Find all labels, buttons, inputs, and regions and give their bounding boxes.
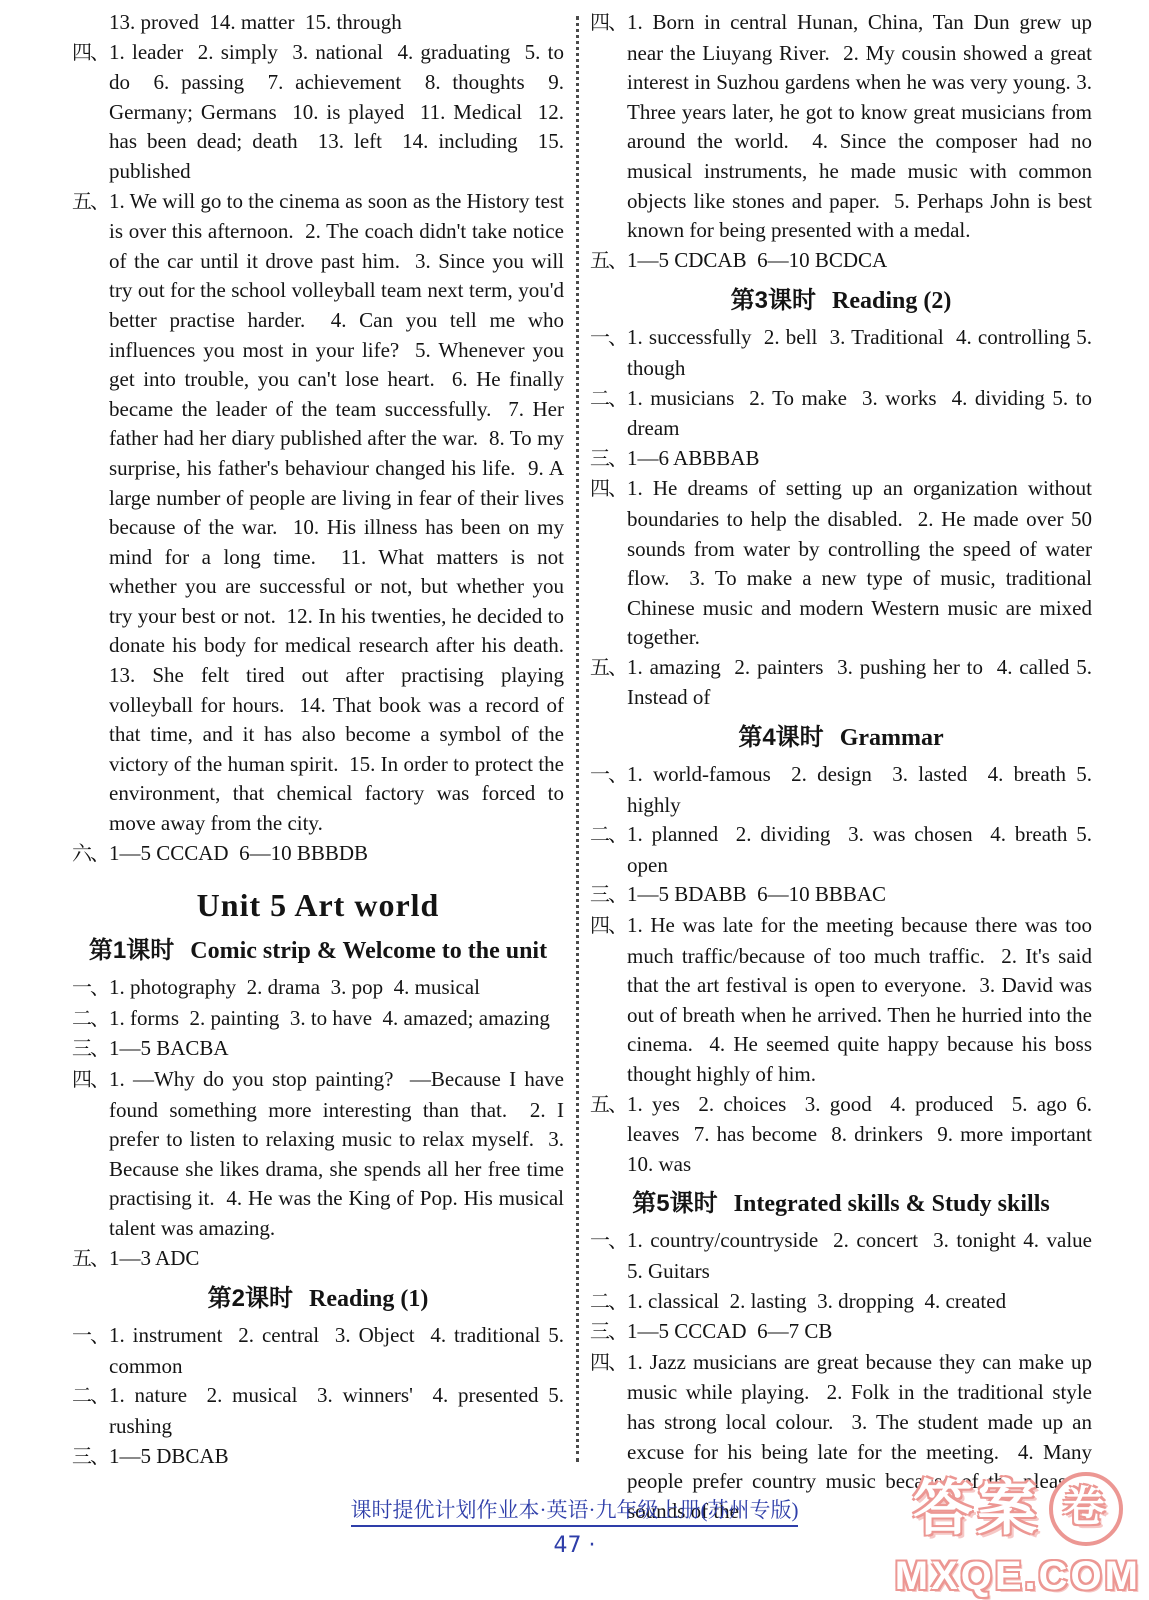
- lesson-number: 第5课时: [632, 1190, 717, 1217]
- right-column: 四、1. Born in central Hunan, China, Tan D…: [590, 8, 1092, 1526]
- answer-entry: 二、1. nature 2. musical 3. winners' 4. pr…: [72, 1381, 564, 1441]
- entry-text: 1—5 CDCAB 6—10 BCDCA: [627, 248, 887, 272]
- answer-entry: 五、1—3 ADC: [72, 1244, 564, 1275]
- entry-text: 1. country/countryside 2. concert 3. ton…: [627, 1228, 1103, 1283]
- entry-text: 1. nature 2. musical 3. winners' 4. pres…: [109, 1383, 569, 1438]
- answer-entry: 一、1. successfully 2. bell 3. Traditional…: [590, 323, 1092, 383]
- column-divider: [576, 16, 579, 1462]
- entry-marker: 五、: [590, 1091, 627, 1121]
- entry-marker: 四、: [590, 1349, 627, 1379]
- entry-marker: 一、: [590, 324, 627, 354]
- entry-text: 1. He was late for the meeting because t…: [627, 913, 1097, 1086]
- entry-text: 1. We will go to the cinema as soon as t…: [109, 189, 575, 835]
- entry-text: 1. successfully 2. bell 3. Traditional 4…: [627, 325, 1097, 380]
- answer-entry: 四、1. leader 2. simply 3. national 4. gra…: [72, 38, 564, 187]
- entry-text: 1. yes 2. choices 3. good 4. produced 5.…: [627, 1092, 1097, 1176]
- entry-text: 1—5 BDABB 6—10 BBBAC: [627, 882, 886, 906]
- lesson-heading: 第2课时Reading (1): [72, 1283, 564, 1315]
- lesson-number: 第3课时: [731, 287, 816, 314]
- entry-text: 1. classical 2. lasting 3. dropping 4. c…: [627, 1289, 1006, 1313]
- entry-marker: 二、: [72, 1382, 109, 1412]
- lesson-number: 第1课时: [89, 937, 174, 964]
- entry-marker: 二、: [72, 1005, 109, 1035]
- entry-text: 1—5 BACBA: [109, 1036, 229, 1060]
- watermark-logo: 答案卷: [895, 1472, 1141, 1546]
- answer-entry: 五、1. We will go to the cinema as soon as…: [72, 187, 564, 839]
- lesson-number: 第2课时: [208, 1285, 293, 1312]
- entry-text: 1. Born in central Hunan, China, Tan Dun…: [627, 10, 1097, 242]
- watermark-site: MXQE.COM: [895, 1556, 1141, 1596]
- answer-entry: 四、1. He was late for the meeting because…: [590, 911, 1092, 1090]
- entry-text: 13. proved 14. matter 15. through: [109, 10, 402, 34]
- answer-entry: 五、1. yes 2. choices 3. good 4. produced …: [590, 1090, 1092, 1180]
- entry-marker: 五、: [72, 188, 109, 218]
- lesson-heading: 第3课时Reading (2): [590, 285, 1092, 317]
- answer-entry: 四、1. He dreams of setting up an organiza…: [590, 474, 1092, 653]
- answer-entry: 二、1. planned 2. dividing 3. was chosen 4…: [590, 820, 1092, 880]
- entry-marker: 一、: [590, 1227, 627, 1257]
- answer-entry: 二、1. classical 2. lasting 3. dropping 4.…: [590, 1287, 1092, 1318]
- answer-entry: 三、1—5 BDABB 6—10 BBBAC: [590, 880, 1092, 911]
- watermark-logo-text: 答案: [913, 1475, 1041, 1542]
- lesson-name: Grammar: [840, 725, 944, 751]
- entry-marker: 三、: [590, 881, 627, 911]
- entry-text: 1—5 CCCAD 6—10 BBBDB: [109, 841, 368, 865]
- entry-text: 1. photography 2. drama 3. pop 4. musica…: [109, 975, 480, 999]
- lesson-name: Integrated skills & Study skills: [734, 1191, 1050, 1217]
- answer-entry: 一、1. world-famous 2. design 3. lasted 4.…: [590, 760, 1092, 820]
- answer-key-page: 13. proved 14. matter 15. through四、1. le…: [0, 0, 1149, 1600]
- entry-marker: 四、: [72, 39, 109, 69]
- answer-entry: 四、1. Born in central Hunan, China, Tan D…: [590, 8, 1092, 246]
- entry-marker: 一、: [72, 1322, 109, 1352]
- answer-entry: 二、1. musicians 2. To make 3. works 4. di…: [590, 384, 1092, 444]
- entry-text: 1—3 ADC: [109, 1246, 199, 1270]
- lesson-heading: 第4课时Grammar: [590, 722, 1092, 754]
- entry-marker: 六、: [72, 840, 109, 870]
- entry-text: 1. He dreams of setting up an organizati…: [627, 476, 1097, 649]
- entry-marker: 三、: [72, 1035, 109, 1065]
- answer-entry: 一、1. country/countryside 2. concert 3. t…: [590, 1226, 1092, 1286]
- answer-entry: 五、1. amazing 2. painters 3. pushing her …: [590, 653, 1092, 713]
- answer-entry: 三、1—6 ABBBAB: [590, 444, 1092, 475]
- answer-entry: 三、1—5 DBCAB: [72, 1442, 564, 1473]
- entry-text: 1—5 DBCAB: [109, 1444, 229, 1468]
- entry-marker: 二、: [590, 821, 627, 851]
- lesson-name: Reading (2): [832, 288, 951, 314]
- unit-title: Unit 5 Art world: [72, 885, 564, 925]
- entry-marker: 五、: [590, 247, 627, 277]
- answer-entry: 四、1. —Why do you stop painting? —Because…: [72, 1065, 564, 1244]
- answer-entry: 三、1—5 BACBA: [72, 1034, 564, 1065]
- entry-marker: 四、: [590, 475, 627, 505]
- entry-text: 1. instrument 2. central 3. Object 4. tr…: [109, 1323, 569, 1378]
- answer-entry: 五、1—5 CDCAB 6—10 BCDCA: [590, 246, 1092, 277]
- answer-entry: 六、1—5 CCCAD 6—10 BBBDB: [72, 839, 564, 870]
- entry-text: 1. amazing 2. painters 3. pushing her to…: [627, 655, 1097, 710]
- entry-text: 1. world-famous 2. design 3. lasted 4. b…: [627, 762, 1097, 817]
- lesson-name: Reading (1): [309, 1286, 428, 1312]
- answer-entry: 一、1. photography 2. drama 3. pop 4. musi…: [72, 973, 564, 1004]
- watermark: 答案卷 MXQE.COM: [895, 1472, 1141, 1596]
- entry-marker: 三、: [590, 445, 627, 475]
- left-column: 13. proved 14. matter 15. through四、1. le…: [72, 8, 564, 1472]
- entry-marker: 五、: [72, 1245, 109, 1275]
- book-title: 课时提优计划作业本·英语·九年级上册(苏州专版): [351, 1494, 799, 1527]
- entry-marker: 一、: [72, 974, 109, 1004]
- entry-marker: 四、: [72, 1066, 109, 1096]
- answer-entry: 三、1—5 CCCAD 6—7 CB: [590, 1317, 1092, 1348]
- entry-marker: 二、: [590, 1288, 627, 1318]
- entry-text: 1. forms 2. painting 3. to have 4. amaze…: [109, 1006, 550, 1030]
- entry-marker: 二、: [590, 385, 627, 415]
- entry-text: 1. planned 2. dividing 3. was chosen 4. …: [627, 822, 1097, 877]
- entry-text: 1. musicians 2. To make 3. works 4. divi…: [627, 386, 1097, 441]
- lesson-number: 第4课时: [738, 724, 823, 751]
- entry-marker: 五、: [590, 654, 627, 684]
- entry-marker: 三、: [72, 1443, 109, 1473]
- lesson-heading: 第1课时Comic strip & Welcome to the unit: [72, 935, 564, 967]
- answer-entry: 一、1. instrument 2. central 3. Object 4. …: [72, 1321, 564, 1381]
- entry-marker: 四、: [590, 912, 627, 942]
- entry-text: 1—6 ABBBAB: [627, 446, 759, 470]
- entry-marker: 三、: [590, 1318, 627, 1348]
- entry-text: 1. —Why do you stop painting? —Because I…: [109, 1067, 569, 1240]
- lesson-heading: 第5课时Integrated skills & Study skills: [590, 1188, 1092, 1220]
- entry-marker: 一、: [590, 761, 627, 791]
- answer-entry: 二、1. forms 2. painting 3. to have 4. ama…: [72, 1004, 564, 1035]
- entry-marker: 四、: [590, 9, 627, 39]
- entry-text: 1—5 CCCAD 6—7 CB: [627, 1319, 832, 1343]
- lesson-name: Comic strip & Welcome to the unit: [190, 938, 547, 964]
- answer-entry: 13. proved 14. matter 15. through: [72, 8, 564, 38]
- watermark-logo-circle-icon: 卷: [1049, 1472, 1123, 1546]
- entry-text: 1. leader 2. simply 3. national 4. gradu…: [109, 40, 569, 183]
